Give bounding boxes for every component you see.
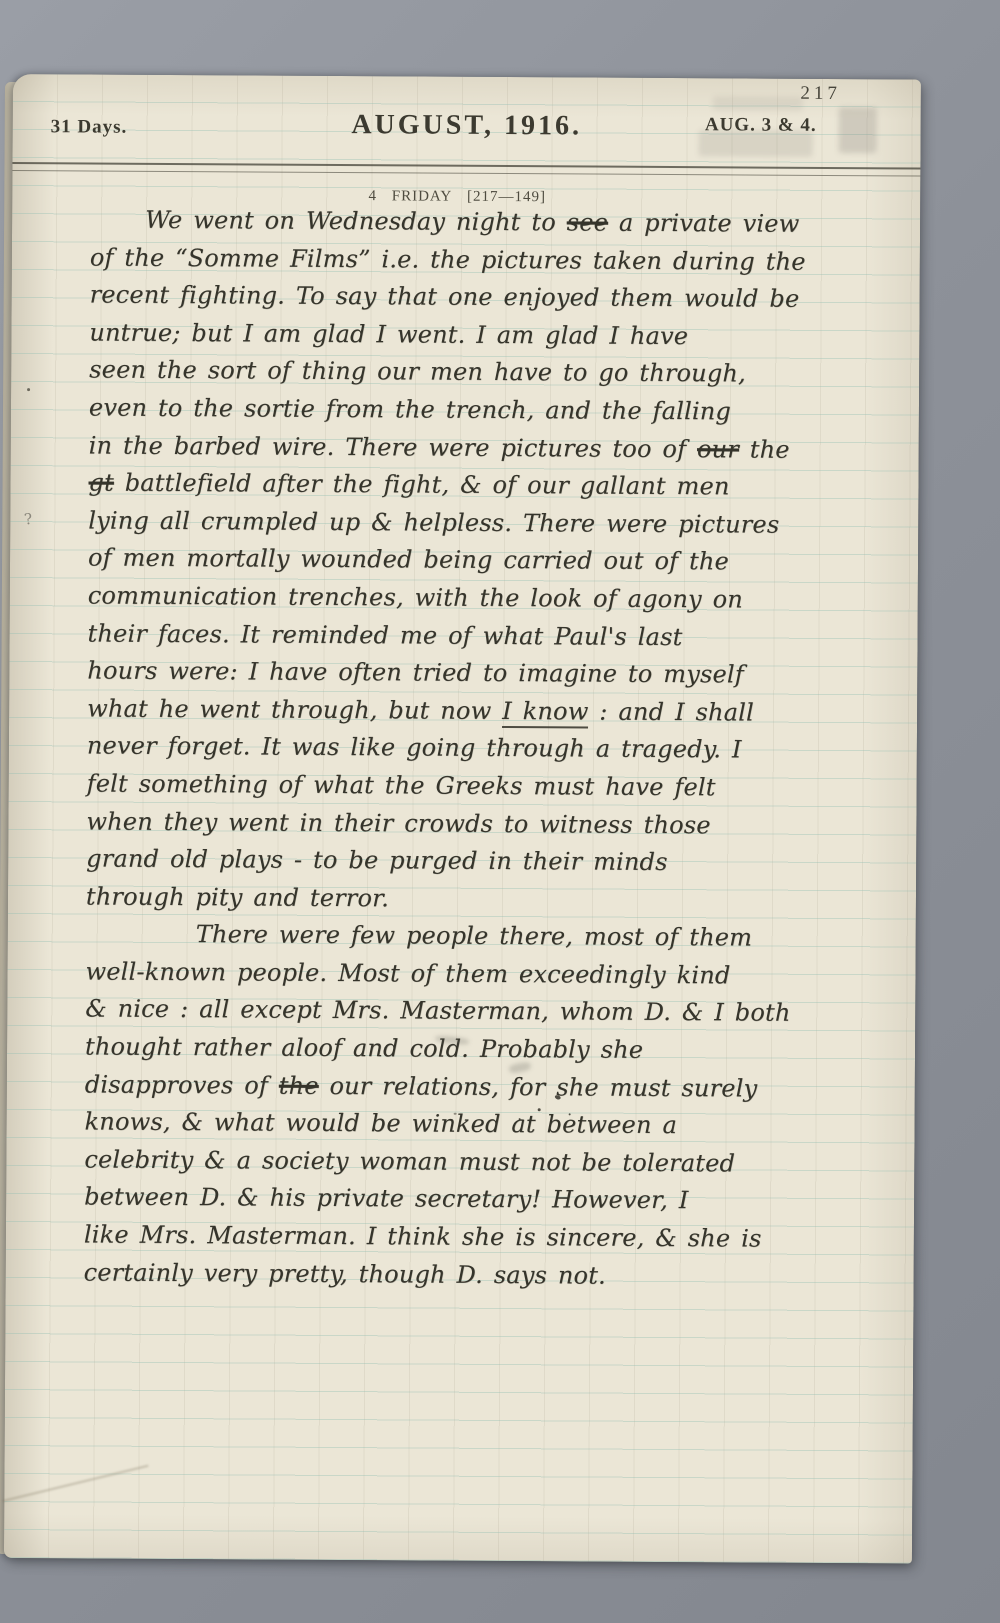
ink-speck (538, 1108, 541, 1111)
day-name: FRIDAY (392, 188, 453, 204)
handwritten-line: grand old plays - to be purged in their … (86, 845, 896, 888)
handwritten-line: well-known people. Most of them exceedin… (85, 957, 895, 1000)
day-reference: [217—149] (467, 189, 546, 205)
handwritten-line: untrue; but I am glad I went. I am glad … (89, 318, 899, 361)
bleedthrough-smudge (713, 96, 803, 111)
handwritten-line: never forget. It was like going through … (87, 732, 897, 775)
ink-speck (27, 388, 30, 391)
handwritten-line: of men mortally wounded being carried ou… (88, 544, 898, 587)
handwritten-line: even to the sortie from the trench, and … (89, 393, 899, 436)
handwritten-line: like Mrs. Masterman. I think she is sinc… (84, 1220, 894, 1263)
photograph-background: 217 31 Days. AUGUST, 1916. AUG. 3 & 4. 4… (0, 0, 1000, 1623)
day-number: 4 (368, 188, 377, 204)
margin-pen-mark: ? (23, 510, 33, 529)
handwritten-entry: We went on Wednesday night to see a priv… (84, 205, 901, 1300)
handwritten-line: seen the sort of thing our men have to g… (89, 356, 899, 399)
header-double-rule (12, 162, 920, 177)
handwritten-line: recent fighting. To say that one enjoyed… (90, 281, 900, 324)
handwritten-line: hours were: I have often tried to imagin… (87, 657, 897, 700)
ink-speck (454, 1113, 457, 1115)
date-range-label: AUG. 3 & 4. (705, 114, 817, 137)
ink-speck (519, 1118, 521, 1120)
handwritten-line: what he went through, but now I know : a… (87, 694, 897, 737)
diary-page: 217 31 Days. AUGUST, 1916. AUG. 3 & 4. 4… (4, 74, 921, 1564)
handwritten-line: through pity and terror. (86, 882, 896, 925)
handwritten-line: lying all crumpled up & helpless. There … (88, 506, 898, 549)
paper-crease (2, 1465, 148, 1502)
handwritten-line: We went on Wednesday night to see a priv… (90, 205, 900, 248)
handwritten-line: celebrity & a society woman must not be … (84, 1145, 894, 1188)
handwritten-line: gt battlefield after the fight, & of our… (88, 469, 898, 512)
handwritten-line: & nice : all except Mrs. Masterman, whom… (85, 995, 895, 1038)
handwritten-line: of the “Somme Films” i.e. the pictures t… (90, 243, 900, 286)
handwritten-line: knows, & what would be winked at between… (84, 1108, 894, 1151)
handwritten-line: disapproves of the our relations, for sh… (85, 1070, 895, 1113)
handwritten-line: There were few people there, most of the… (86, 920, 896, 963)
handwritten-line: in the barbed wire. There were pictures … (89, 431, 899, 474)
handwritten-line: felt something of what the Greeks must h… (87, 769, 897, 812)
handwritten-line: when they went in their crowds to witnes… (86, 807, 896, 850)
handwritten-line: their faces. It reminded me of what Paul… (87, 619, 897, 662)
handwritten-line: communication trenches, with the look of… (88, 581, 898, 624)
handwritten-line: between D. & his private secretary! Howe… (84, 1183, 894, 1226)
handwritten-line: certainly very pretty, though D. says no… (84, 1258, 894, 1301)
page-number: 217 (800, 83, 841, 105)
handwritten-line: thought rather aloof and cold. Probably … (85, 1033, 895, 1076)
ink-speck (569, 1113, 571, 1115)
